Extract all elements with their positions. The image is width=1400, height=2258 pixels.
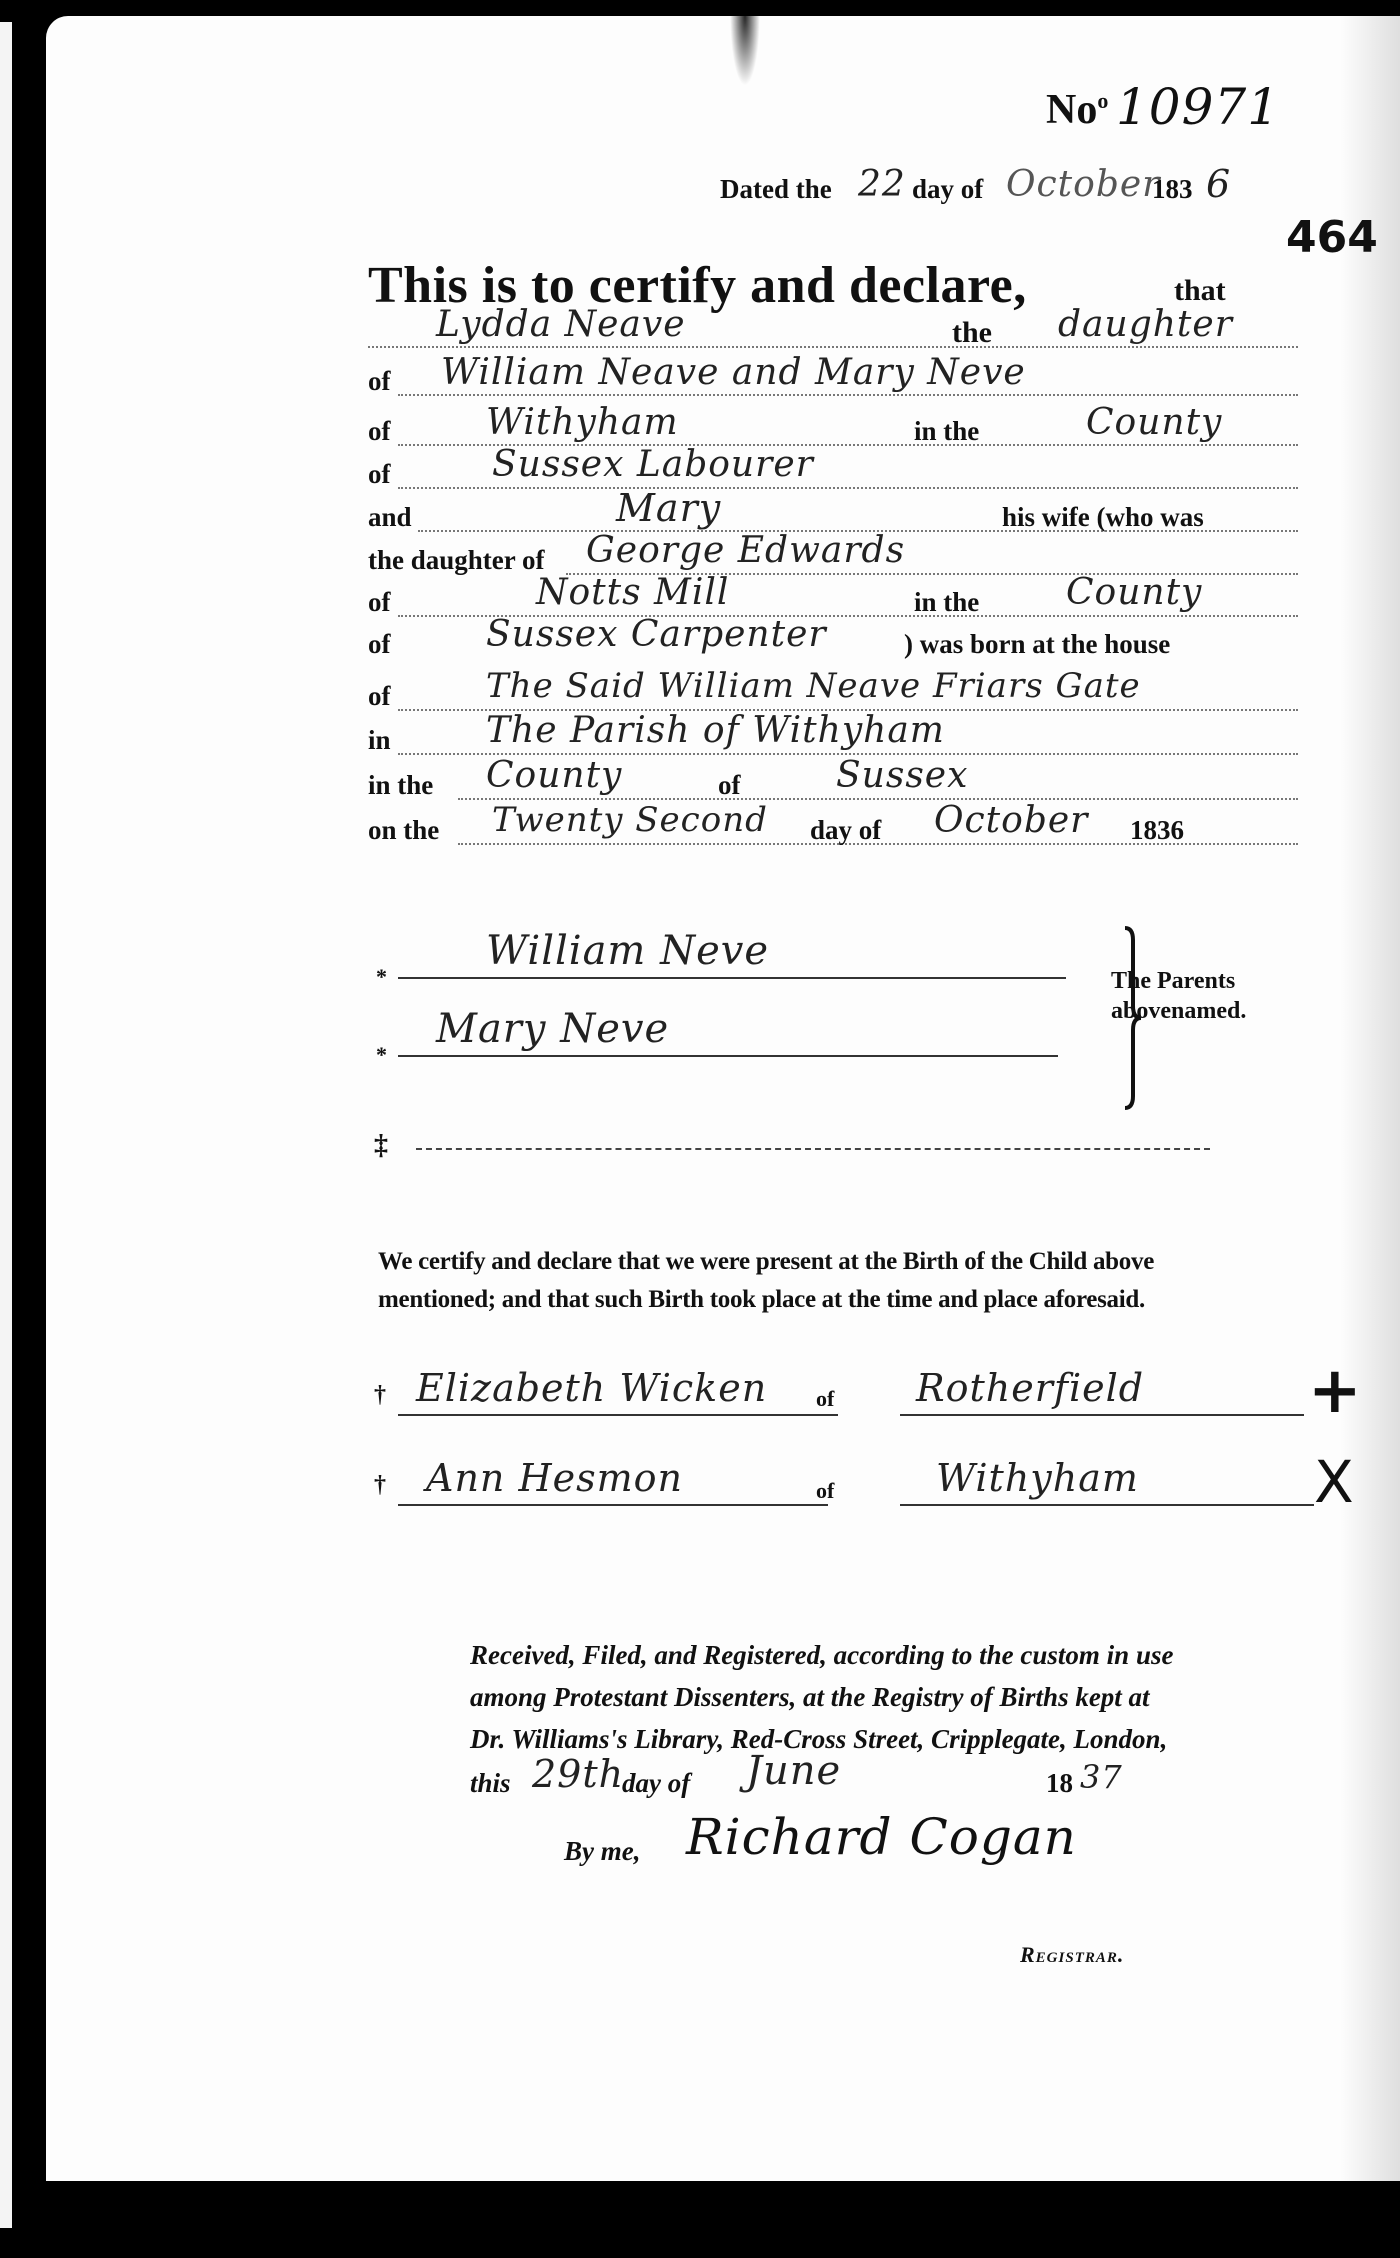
of-label: of xyxy=(368,416,391,447)
number-label: Noo xyxy=(1046,86,1108,134)
on-the-label: on the xyxy=(368,815,439,846)
registration-year-hand: 37 xyxy=(1080,1758,1123,1796)
dated-month: October xyxy=(1006,164,1160,205)
birth-day: Twenty Second xyxy=(492,800,768,840)
certificate-number: 10971 xyxy=(1116,78,1280,136)
witness-place-line xyxy=(900,1414,1304,1416)
dagger-marker: † xyxy=(374,1382,386,1409)
grandfather-county: County xyxy=(1066,572,1202,613)
by-me-label: By me, xyxy=(564,1836,640,1867)
grandfather-county-occupation: Sussex Carpenter xyxy=(486,614,827,655)
of-label: of xyxy=(368,459,391,490)
witness-statement-line2: mentioned; and that such Birth took plac… xyxy=(378,1286,1145,1314)
scan-edge-shadow xyxy=(1340,16,1400,2181)
field-line xyxy=(398,487,1298,489)
scan-smudge xyxy=(730,16,760,86)
registration-day: 29th xyxy=(532,1752,624,1796)
witness-1-place: Rotherfield xyxy=(916,1366,1144,1410)
in-the-label: in the xyxy=(914,416,979,447)
witness-statement-line1: We certify and declare that we were pres… xyxy=(378,1248,1154,1276)
registrar-title: Registrar. xyxy=(1020,1942,1124,1968)
witness-name-line xyxy=(398,1504,828,1506)
dated-day-of-label: day of xyxy=(912,174,983,205)
double-dagger-marker: ‡ xyxy=(374,1130,388,1162)
the-label: the xyxy=(952,316,992,350)
parents-label-line1: The Parents xyxy=(1111,968,1235,995)
asterisk-marker: * xyxy=(376,1042,387,1068)
field-line xyxy=(398,394,1298,396)
this-label: this xyxy=(470,1768,511,1799)
dated-year-printed: 183 xyxy=(1152,174,1193,205)
residence-place: Withyham xyxy=(486,402,679,443)
witness-2-name: Ann Hesmon xyxy=(426,1456,683,1500)
certificate-page: Noo 10971 Dated the 22 day of October 18… xyxy=(46,16,1400,2181)
in-the-label: in the xyxy=(368,770,433,801)
registration-month: June xyxy=(746,1748,841,1794)
birth-house: The Said William Neave Friars Gate xyxy=(486,666,1141,706)
witness-place-line xyxy=(900,1504,1314,1506)
of-label: of xyxy=(368,629,391,660)
grandfather-place: Notts Mill xyxy=(536,572,729,613)
born-at-label: ) was born at the house xyxy=(904,629,1170,660)
informant-signature-line xyxy=(416,1148,1210,1150)
witness-name-line xyxy=(398,1414,838,1416)
registration-line2: among Protestant Dissenters, at the Regi… xyxy=(470,1682,1150,1713)
scan-left-margin xyxy=(0,22,12,2258)
signature-line xyxy=(398,1055,1058,1057)
father-county-occupation: Sussex Labourer xyxy=(492,444,814,485)
father-signature: William Neve xyxy=(486,928,769,974)
parents-label-line2: abovenamed. xyxy=(1111,998,1246,1025)
folio-number: 464 xyxy=(1286,212,1378,263)
in-label: in xyxy=(368,725,391,756)
of-label: of xyxy=(368,681,391,712)
witness-1-name: Elizabeth Wicken xyxy=(416,1366,767,1410)
dated-label: Dated the xyxy=(720,174,832,205)
of-label: of xyxy=(816,1478,834,1504)
birth-month: October xyxy=(934,800,1088,841)
residence-county: County xyxy=(1086,402,1222,443)
in-the-label: in the xyxy=(914,587,979,618)
birth-county-label: County xyxy=(486,755,622,796)
and-label: and xyxy=(368,502,412,533)
registration-line1: Received, Filed, and Registered, accordi… xyxy=(470,1640,1173,1671)
mother-signature: Mary Neve xyxy=(436,1006,669,1052)
dagger-marker: † xyxy=(374,1472,386,1499)
registrar-signature: Richard Cogan xyxy=(686,1808,1077,1866)
child-name: Lydda Neave xyxy=(436,304,686,345)
day-of-label: day of xyxy=(622,1768,690,1799)
dated-day: 22 xyxy=(858,164,906,205)
title-suffix: that xyxy=(1174,274,1226,308)
mother-name: Mary xyxy=(616,486,721,530)
scan-bottom-border xyxy=(0,2228,1400,2258)
birth-year: 1836 xyxy=(1130,815,1184,846)
of-label: of xyxy=(368,587,391,618)
child-relation: daughter xyxy=(1058,304,1233,345)
witness-2-place: Withyham xyxy=(936,1456,1139,1500)
dated-year-hand: 6 xyxy=(1206,162,1231,206)
of-label: of xyxy=(816,1386,834,1412)
maternal-grandfather: George Edwards xyxy=(586,530,905,571)
registration-year-printed: 18 xyxy=(1046,1768,1073,1799)
birth-county: Sussex xyxy=(836,755,968,796)
signature-line xyxy=(398,977,1066,979)
his-wife-label: his wife (who was xyxy=(1002,502,1204,533)
of-label: of xyxy=(718,770,741,801)
day-of-label: day of xyxy=(810,815,881,846)
of-label: of xyxy=(368,366,391,397)
birth-parish: The Parish of Withyham xyxy=(486,710,945,751)
daughter-of-label: the daughter of xyxy=(368,545,545,576)
witness-2-mark: X xyxy=(1314,1448,1354,1516)
witness-1-mark: + xyxy=(1308,1354,1362,1428)
field-line xyxy=(368,346,1298,348)
parents-names: William Neave and Mary Neve xyxy=(441,352,1026,393)
asterisk-marker: * xyxy=(376,964,387,990)
